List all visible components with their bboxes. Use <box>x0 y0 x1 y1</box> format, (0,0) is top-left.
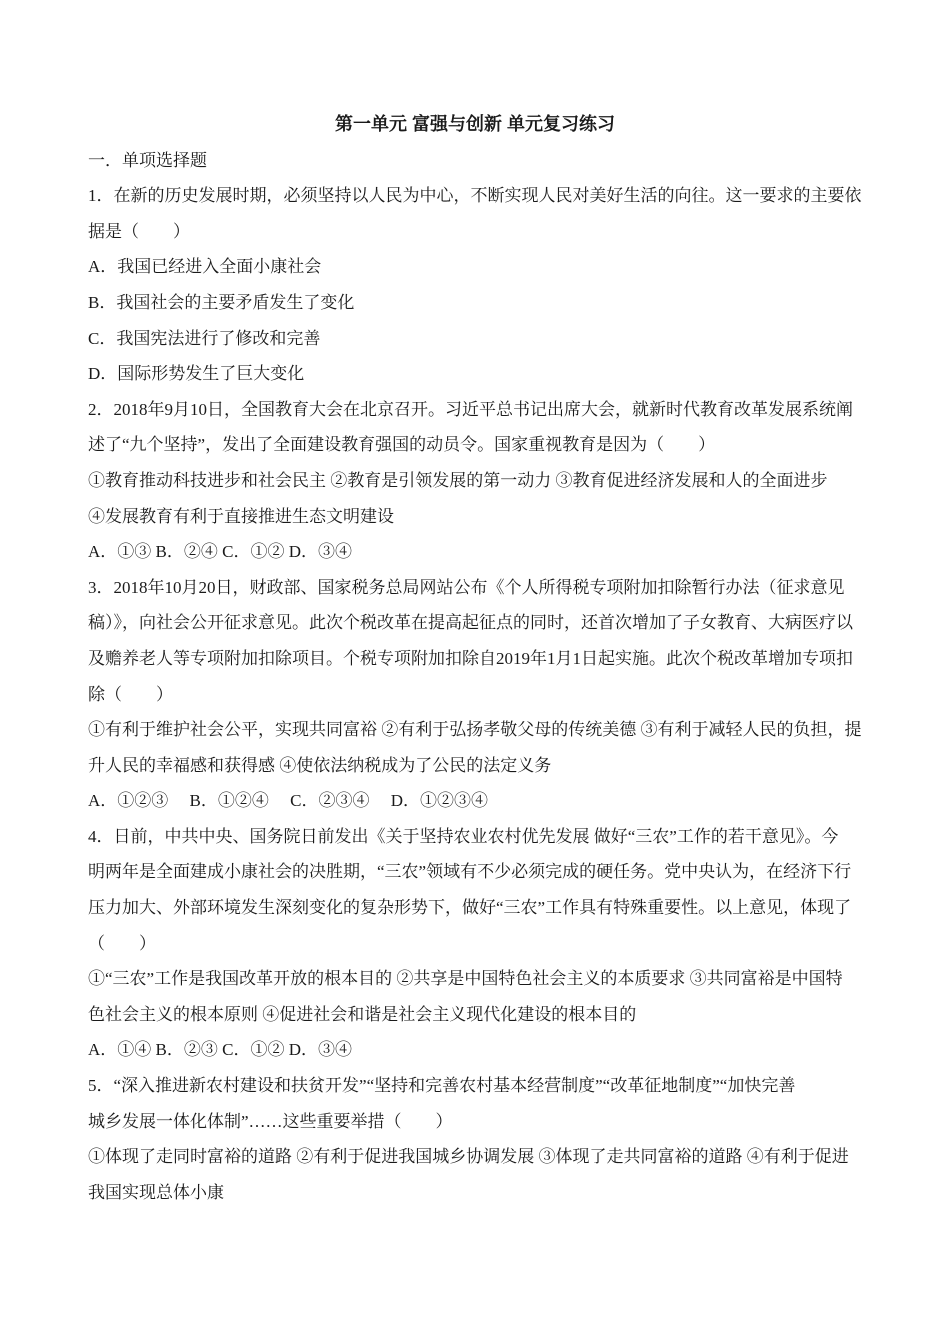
question-2: 2．2018年9月10日，全国教育大会在北京召开。习近平总书记出席大会，就新时代… <box>88 392 890 570</box>
choices-line: A．①④ B．②③ C．①② D．③④ <box>88 1032 890 1068</box>
section-heading: 一．单项选择题 <box>88 143 890 179</box>
numbered-items-line: ①体现了走同时富裕的道路 ②有利于促进我国城乡协调发展 ③体现了走共同富裕的道路… <box>88 1139 890 1175</box>
question-stem-line: 稿）》，向社会公开征求意见。此次个税改革在提高起征点的同时，还首次增加了子女教育… <box>88 605 890 641</box>
numbered-items-line: ①“三农”工作是我国改革开放的根本目的 ②共享是中国特色社会主义的本质要求 ③共… <box>88 961 890 997</box>
question-stem-line: 城乡发展一体化体制”……这些重要举措（ ） <box>88 1104 890 1140</box>
question-stem-line: 述了“九个坚持”，发出了全面建设教育强国的动员令。国家重视教育是因为（ ） <box>88 427 890 463</box>
choices-line: A．①③ B．②④ C．①② D．③④ <box>88 534 890 570</box>
question-stem-line: 3．2018年10月20日，财政部、国家税务总局网站公布《个人所得税专项附加扣除… <box>88 570 890 606</box>
question-stem-line: 明两年是全面建成小康社会的决胜期，“三农”领域有不少必须完成的硬任务。党中央认为… <box>88 854 890 890</box>
question-4: 4．日前，中共中央、国务院日前发出《关于坚持农业农村优先发展 做好“三农”工作的… <box>88 819 890 1068</box>
question-stem-line: 据是（ ） <box>88 214 890 250</box>
document-page: 第一单元 富强与创新 单元复习练习 一．单项选择题 1．在新的历史发展时期，必须… <box>0 0 950 1344</box>
question-stem-line: 4．日前，中共中央、国务院日前发出《关于坚持农业农村优先发展 做好“三农”工作的… <box>88 819 890 855</box>
question-1: 1．在新的历史发展时期，必须坚持以人民为中心，不断实现人民对美好生活的向往。这一… <box>88 178 890 392</box>
question-stem-line: （ ） <box>88 926 890 962</box>
question-5: 5．“深入推进新农村建设和扶贫开发”“坚持和完善农村基本经营制度”“改革征地制度… <box>88 1068 890 1210</box>
question-stem-line: 5．“深入推进新农村建设和扶贫开发”“坚持和完善农村基本经营制度”“改革征地制度… <box>88 1068 890 1104</box>
question-stem-line: 压力加大、外部环境发生深刻变化的复杂形势下，做好“三农”工作具有特殊重要性。以上… <box>88 890 890 926</box>
question-stem-line: 除（ ） <box>88 677 890 713</box>
numbered-items-line: 升人民的幸福感和获得感 ④使依法纳税成为了公民的法定义务 <box>88 748 890 784</box>
option-d-line: D．国际形势发生了巨大变化 <box>88 356 890 392</box>
question-stem-line: 2．2018年9月10日，全国教育大会在北京召开。习近平总书记出席大会，就新时代… <box>88 392 890 428</box>
numbered-items-line: 色社会主义的根本原则 ④促进社会和谐是社会主义现代化建设的根本目的 <box>88 997 890 1033</box>
numbered-items-line: ①教育推动科技进步和社会民主 ②教育是引领发展的第一动力 ③教育促进经济发展和人… <box>88 463 890 499</box>
numbered-items-line: 我国实现总体小康 <box>88 1175 890 1211</box>
question-stem-line: 1．在新的历史发展时期，必须坚持以人民为中心，不断实现人民对美好生活的向往。这一… <box>88 178 890 214</box>
option-b-line: B．我国社会的主要矛盾发生了变化 <box>88 285 890 321</box>
numbered-items-line: ①有利于维护社会公平，实现共同富裕 ②有利于弘扬孝敬父母的传统美德 ③有利于减轻… <box>88 712 890 748</box>
question-3: 3．2018年10月20日，财政部、国家税务总局网站公布《个人所得税专项附加扣除… <box>88 570 890 819</box>
page-title: 第一单元 富强与创新 单元复习练习 <box>60 107 890 143</box>
choices-line: A．①②③ B．①②④ C．②③④ D．①②③④ <box>88 783 890 819</box>
option-a-line: A．我国已经进入全面小康社会 <box>88 249 890 285</box>
option-c-line: C．我国宪法进行了修改和完善 <box>88 321 890 357</box>
question-stem-line: 及赡养老人等专项附加扣除项目。个税专项附加扣除自2019年1月1日起实施。此次个… <box>88 641 890 677</box>
numbered-items-line: ④发展教育有利于直接推进生态文明建设 <box>88 499 890 535</box>
